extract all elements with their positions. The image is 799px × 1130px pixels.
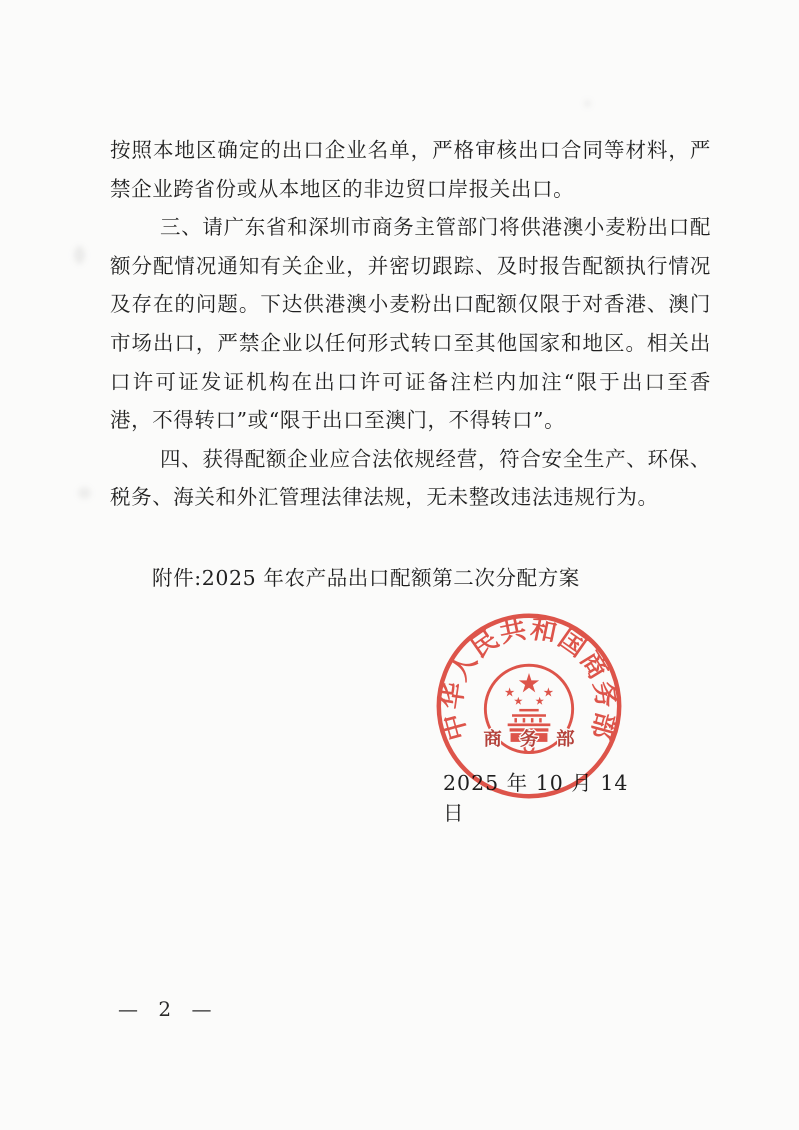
wreath-knot-icon bbox=[525, 743, 534, 752]
small-star-icon bbox=[544, 687, 554, 696]
attachment-line: 附件:2025 年农产品出口配额第二次分配方案 bbox=[110, 559, 711, 598]
tiananmen-gate-icon bbox=[508, 709, 551, 742]
svg-text:中华人民共和国商务部: 中华人民共和国商务部 bbox=[436, 613, 622, 743]
scan-smudge bbox=[584, 100, 591, 107]
small-star-icon bbox=[514, 697, 522, 705]
paragraph-continuation: 按照本地区确定的出口企业名单，严格审核出口合同等材料，严禁企业跨省份或从本地区的… bbox=[110, 131, 711, 208]
document-body: 按照本地区确定的出口企业名单，严格审核出口合同等材料，严禁企业跨省份或从本地区的… bbox=[110, 131, 711, 598]
big-star-icon bbox=[519, 673, 539, 692]
signature-date: 2025 年 10 月 14 日 bbox=[443, 766, 643, 826]
emblem-border-circle bbox=[485, 665, 572, 752]
national-emblem bbox=[485, 665, 572, 752]
page-number: — 2 — bbox=[118, 997, 218, 1021]
seal-ring-text: 中华人民共和国商务部 bbox=[436, 613, 622, 743]
scan-smudge bbox=[74, 246, 85, 264]
small-star-icon bbox=[535, 697, 543, 705]
small-star-icon bbox=[505, 687, 515, 696]
seal-center-text: 商 务 部 bbox=[483, 728, 575, 750]
scanned-document-page: 按照本地区确定的出口企业名单，严格审核出口合同等材料，严禁企业跨省份或从本地区的… bbox=[0, 0, 799, 1130]
paragraph-item-3: 三、请广东省和深圳市商务主管部门将供港澳小麦粉出口配额分配情况通知有关企业，并密… bbox=[110, 208, 711, 440]
paragraph-item-4: 四、获得配额企业应合法依规经营，符合安全生产、环保、税务、海关和外汇管理法律法规… bbox=[110, 440, 711, 517]
scan-smudge bbox=[78, 487, 91, 499]
